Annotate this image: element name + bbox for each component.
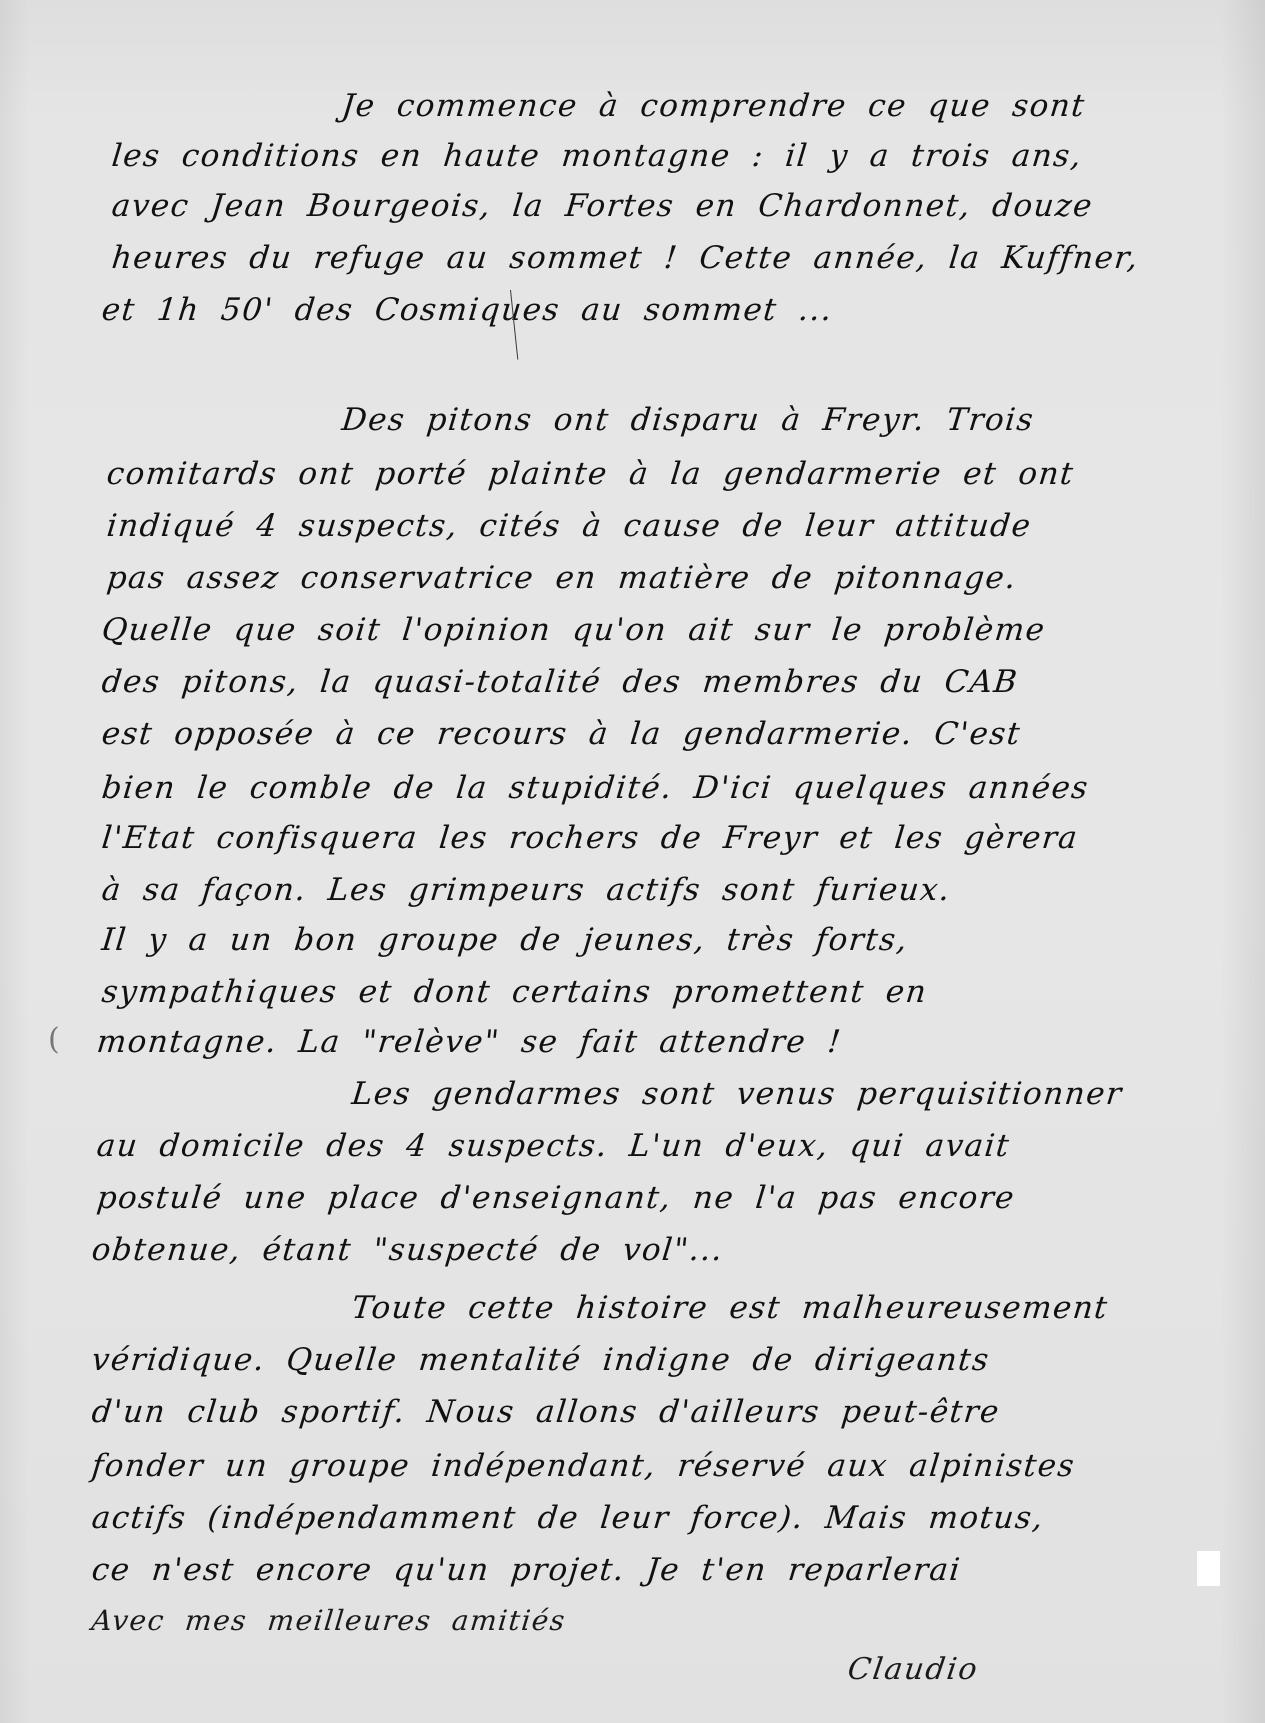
letter-line: Les gendarmes sont venus perquisitionner [350, 1076, 1124, 1112]
letter-line: ce n'est encore qu'un projet. Je t'en re… [90, 1552, 963, 1588]
letter-line: postulé une place d'enseignant, ne l'a p… [95, 1180, 1017, 1216]
letter-closing: Avec mes meilleures amitiés [90, 1604, 568, 1637]
letter-line: Quelle que soit l'opinion qu'on ait sur … [100, 612, 1047, 648]
letter-line: avec Jean Bourgeois, la Fortes en Chardo… [110, 188, 1095, 224]
letter-line: Des pitons ont disparu à Freyr. Trois [340, 402, 1036, 438]
letter-line: Toute cette histoire est malheureusement [350, 1290, 1110, 1326]
letter-line: sympathiques et dont certains promettent… [100, 974, 929, 1010]
letter-line: est opposée à ce recours à la gendarmeri… [100, 716, 1023, 752]
letter-page: Je commence à comprendre ce que sont les… [0, 0, 1265, 1723]
letter-line: véridique. Quelle mentalité indigne de d… [90, 1342, 992, 1378]
letter-line: à sa façon. Les grimpeurs actifs sont fu… [100, 872, 953, 908]
letter-line: obtenue, étant "suspecté de vol"... [90, 1232, 725, 1268]
letter-line: heures du refuge au sommet ! Cette année… [110, 240, 1141, 276]
redaction-patch [1197, 1551, 1220, 1586]
letter-line: pas assez conservatrice en matière de pi… [105, 560, 1019, 596]
letter-line: montagne. La "relève" se fait attendre ! [95, 1024, 844, 1060]
letter-line: Il y a un bon groupe de jeunes, très for… [100, 922, 910, 958]
letter-line: actifs (indépendamment de leur force). M… [90, 1500, 1046, 1536]
letter-signature: Claudio [846, 1652, 982, 1687]
letter-line: et 1h 50' des Cosmiques au sommet ... [100, 292, 835, 328]
margin-mark: ( [48, 1022, 60, 1057]
letter-line: l'Etat confisquera les rochers de Freyr … [100, 820, 1080, 856]
letter-line: au domicile des 4 suspects. L'un d'eux, … [95, 1128, 1012, 1164]
letter-line: des pitons, la quasi-totalité des membre… [100, 664, 1020, 700]
letter-line: comitards ont porté plainte à la gendarm… [105, 456, 1076, 492]
letter-line: Je commence à comprendre ce que sont [340, 88, 1087, 124]
letter-line: fonder un groupe indépendant, réservé au… [90, 1448, 1077, 1484]
letter-line: bien le comble de la stupidité. D'ici qu… [100, 770, 1091, 806]
letter-line: indiqué 4 suspects, cités à cause de leu… [105, 508, 1033, 544]
letter-line: d'un club sportif. Nous allons d'ailleur… [90, 1394, 1002, 1430]
letter-line: les conditions en haute montagne : il y … [110, 138, 1084, 174]
